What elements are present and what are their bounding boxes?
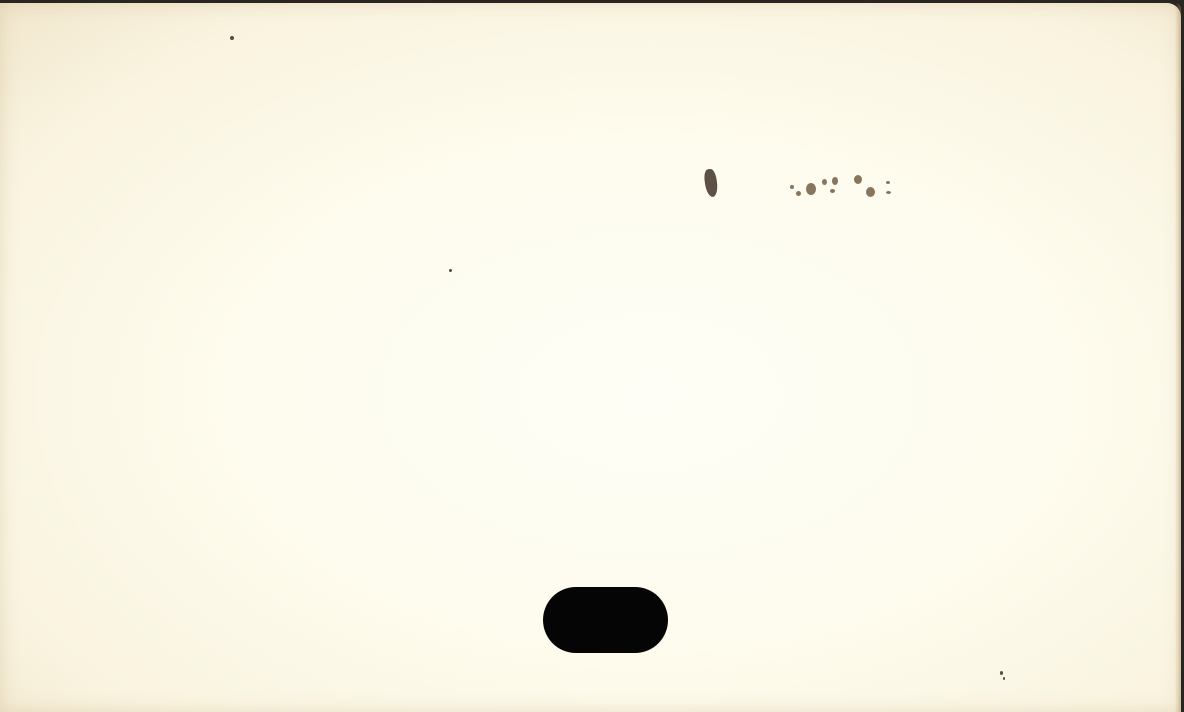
card-edge-shadow xyxy=(1175,3,1181,712)
smudge-marks xyxy=(788,173,900,205)
ink-stain xyxy=(703,168,719,197)
speck xyxy=(230,36,234,40)
speck xyxy=(1003,677,1005,680)
rod-hole xyxy=(543,587,668,653)
speck xyxy=(1000,671,1003,675)
speck xyxy=(449,269,452,272)
scanned-card xyxy=(0,3,1181,712)
